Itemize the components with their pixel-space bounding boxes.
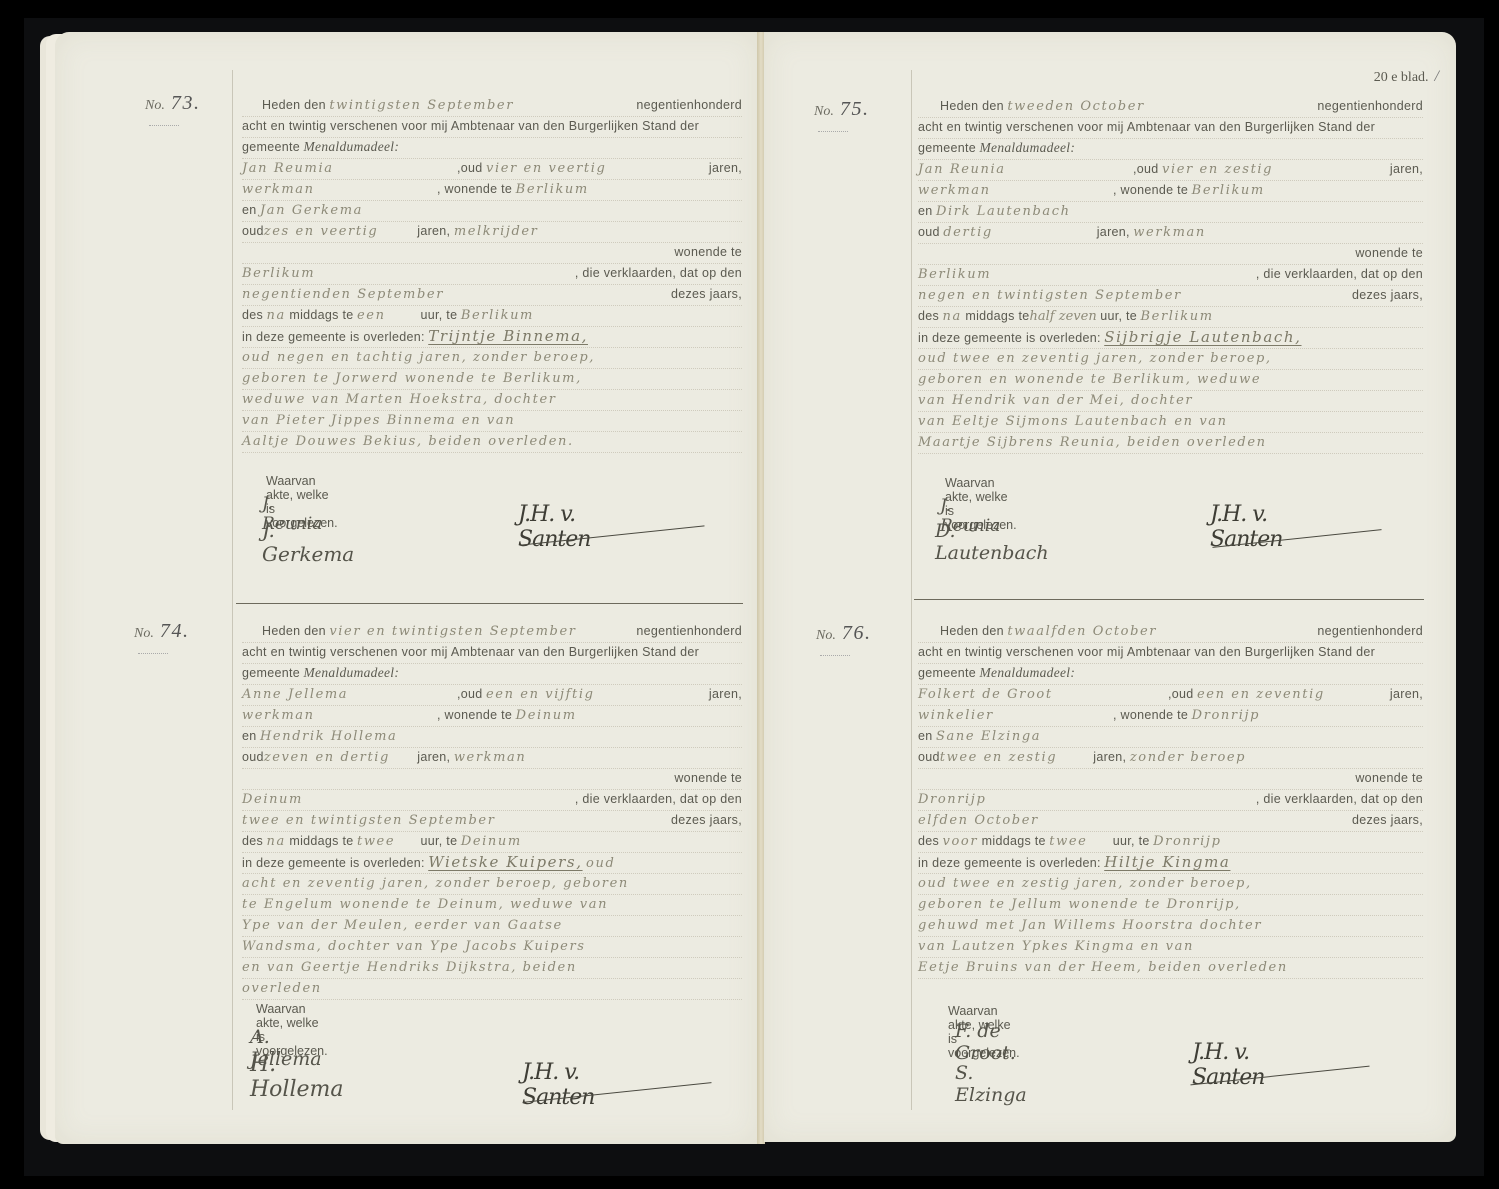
folio-mark: /	[1435, 68, 1439, 85]
municipality: Menaldumadeel:	[303, 139, 399, 154]
line-witness2: en Dirk Lautenbach	[918, 201, 1423, 223]
detail-text: van Hendrik van der Mei, dochter	[918, 393, 1193, 408]
witness1-name: Jan Reumia	[242, 159, 457, 179]
label: , die verklaarden, dat op den	[1256, 264, 1423, 284]
witness2-name: Hendrik Hollema	[260, 729, 397, 744]
line-gemeente: gemeente Menaldumadeel:	[918, 663, 1423, 685]
death-date: negentienden September	[242, 287, 444, 302]
witness2-occupation: werkman	[454, 750, 527, 765]
detail-text: geboren te Jorwerd wonende te Berlikum,	[242, 371, 582, 386]
label: ,oud	[1168, 687, 1194, 701]
witness2-name: Sane Elzinga	[936, 729, 1041, 744]
detail-text: Ype van der Meulen, eerder van Gaatse	[242, 918, 563, 933]
deceased-name: Sijbrigje Lautenbach,	[1104, 328, 1301, 346]
municipality: Menaldumadeel:	[979, 140, 1075, 155]
detail-line: Aaltje Douwes Bekius, beiden overleden.	[242, 431, 742, 453]
line-death-date: negen en twintigsten Septemberdezes jaar…	[918, 285, 1423, 307]
death-place: Dronrijp	[1153, 834, 1221, 849]
detail-text: acht en zeventig jaren, zonder beroep, g…	[242, 876, 629, 891]
line-gemeente: gemeente Menaldumadeel:	[242, 663, 742, 685]
line-witness1-occupation: winkelier, wonende te Dronrijp	[918, 705, 1423, 727]
label: uur, te	[1100, 309, 1137, 323]
line-wonende: wonende te	[918, 768, 1423, 790]
line-witness2: en Jan Gerkema	[242, 200, 742, 222]
line-witness2-age: oud dertig jaren, werkman	[918, 222, 1423, 244]
witness1-residence: Deinum	[516, 708, 577, 723]
line-witness1-occupation: werkman, wonende te Berlikum	[918, 180, 1423, 202]
detail-text: Wandsma, dochter van Ype Jacobs Kuipers	[242, 939, 586, 954]
no-label: No.	[145, 98, 165, 113]
label: jaren,	[1390, 684, 1423, 704]
record-date: twaalfden October	[1007, 624, 1157, 639]
municipality: Menaldumadeel:	[979, 665, 1075, 680]
label: Heden den	[940, 99, 1004, 113]
municipality: Menaldumadeel:	[303, 665, 399, 680]
label: , wonende te	[1113, 708, 1188, 722]
witness2-age: twee en zestig	[940, 748, 1090, 768]
entry-separator	[236, 603, 743, 604]
label: acht en twintig verschenen voor mij Ambt…	[242, 119, 699, 133]
label: oud	[918, 225, 940, 239]
death-hour: twee	[357, 832, 417, 852]
record-number-value: 74.	[160, 620, 190, 642]
detail-line: oud negen en tachtig jaren, zonder beroe…	[242, 347, 742, 369]
witness1-name: Anne Jellema	[242, 685, 457, 705]
label: en	[242, 729, 257, 743]
line-witness2-residence: Deinum, die verklaarden, dat op den	[242, 789, 742, 811]
detail-line: Maartje Sijbrens Reunia, beiden overlede…	[918, 432, 1423, 454]
line-deceased: in deze gemeente is overleden: Hiltje Ki…	[918, 852, 1423, 874]
witness-signature: F. de Groot.	[955, 1020, 1016, 1064]
detail-line: acht en zeventig jaren, zonder beroep, g…	[242, 873, 742, 895]
line-witness1: Folkert de Groot,oud een en zeventig jar…	[918, 684, 1423, 706]
line-witness2: en Hendrik Hollema	[242, 726, 742, 748]
detail-text: oud negen en tachtig jaren, zonder beroe…	[242, 350, 595, 365]
death-ampm: na	[943, 309, 962, 324]
deceased-name: Wietske Kuipers,	[428, 853, 582, 871]
line-death-time: des na middags te twee uur, te Deinum	[242, 831, 742, 853]
label: jaren,	[417, 750, 450, 764]
line-witness1: Anne Jellema,oud een en vijftig jaren,	[242, 684, 742, 706]
detail-line: gehuwd met Jan Willems Hoorstra dochter	[918, 915, 1423, 937]
line-intro: acht en twintig verschenen voor mij Ambt…	[242, 642, 742, 664]
detail-text: geboren en wonende te Berlikum, weduwe	[918, 372, 1261, 387]
witness1-occupation: werkman	[242, 706, 437, 726]
witness1-residence: Berlikum	[516, 182, 589, 197]
death-ampm: na	[267, 834, 286, 849]
label: wonende te	[674, 242, 742, 262]
witness-signature: S. Elzinga	[955, 1062, 1027, 1106]
margin-rule-right	[911, 70, 912, 1110]
registrar-signature: J.H. v. Santen	[522, 1060, 594, 1110]
death-date: negen en twintigsten September	[918, 288, 1182, 303]
entry-separator	[914, 599, 1424, 600]
label: negentienhonderd	[636, 95, 742, 115]
line-wonende: wonende te	[242, 242, 742, 264]
label: middags te	[965, 309, 1029, 323]
detail-text: Maartje Sijbrens Reunia, beiden overlede…	[918, 435, 1267, 450]
detail-line: geboren en wonende te Berlikum, weduwe	[918, 369, 1423, 391]
line-death-date: twee en twintigsten Septemberdezes jaars…	[242, 810, 742, 832]
label: dezes jaars,	[671, 284, 742, 304]
detail-text: oud twee en zeventig jaren, zonder beroe…	[918, 351, 1272, 366]
label: ,oud	[457, 687, 483, 701]
label: Heden den	[940, 624, 1004, 638]
detail-line: oud twee en zestig jaren, zonder beroep,	[918, 873, 1423, 895]
detail-text: van Pieter Jippes Binnema en van	[242, 413, 515, 428]
witness1-residence: Berlikum	[1192, 183, 1265, 198]
label: gemeente	[918, 141, 976, 155]
record-date: tweeden October	[1007, 99, 1144, 114]
line-witness1-occupation: werkman, wonende te Berlikum	[242, 179, 742, 201]
record-number-value: 73.	[171, 92, 201, 114]
detail-text: en van Geertje Hendriks Dijkstra, beiden	[242, 960, 577, 975]
line-wonende: wonende te	[242, 768, 742, 790]
witness-signature: J. Gerkema	[262, 518, 354, 566]
line-witness1: Jan Reumia,oud vier en veertig jaren,	[242, 158, 742, 180]
line-death-time: des na middags tehalf zeven uur, te Berl…	[918, 306, 1423, 328]
registrar-signature: J.H. v. Santen	[1210, 502, 1282, 552]
record-date: twintigsten September	[329, 98, 514, 113]
folio-number: 20 e blad./	[1374, 68, 1439, 86]
label: oud	[242, 224, 264, 238]
detail-line: en van Geertje Hendriks Dijkstra, beiden	[242, 957, 742, 979]
witness2-name: Dirk Lautenbach	[936, 204, 1071, 219]
death-hour: twee	[1049, 832, 1109, 852]
record-number-value: 76.	[842, 622, 872, 644]
detail-text: van Eeltje Sijmons Lautenbach en van	[918, 414, 1228, 429]
label: Heden den	[262, 624, 326, 638]
label: ,oud	[457, 161, 483, 175]
label: , die verklaarden, dat op den	[1256, 789, 1423, 809]
line-witness2-residence: Berlikum, die verklaarden, dat op den	[918, 264, 1423, 286]
line-deceased: in deze gemeente is overleden: Sijbrigje…	[918, 327, 1423, 349]
line-witness1: Jan Reunia,oud vier en zestig jaren,	[918, 159, 1423, 181]
label: , wonende te	[437, 182, 512, 196]
label: middags te	[982, 834, 1046, 848]
margin-rule-left	[232, 70, 233, 1110]
detail-text: oud twee en zestig jaren, zonder beroep,	[918, 876, 1252, 891]
label: gemeente	[242, 666, 300, 680]
witness1-age: vier en veertig	[486, 161, 606, 176]
line-witness2-age: oudtwee en zestig jaren, zonder beroep	[918, 747, 1423, 769]
line-date: Heden den tweeden October negentienhonde…	[918, 96, 1423, 118]
no-label: No.	[134, 626, 154, 641]
label: in deze gemeente is overleden:	[918, 856, 1101, 870]
label: jaren,	[417, 224, 450, 238]
detail-line: weduwe van Marten Hoekstra, dochter	[242, 389, 742, 411]
line-intro: acht en twintig verschenen voor mij Ambt…	[242, 116, 742, 138]
label: des	[242, 308, 263, 322]
label: jaren,	[1390, 159, 1423, 179]
line-death-time: des na middags te een uur, te Berlikum	[242, 305, 742, 327]
witness1-age: een en zeventig	[1197, 687, 1325, 702]
witness-signature: D. Lautenbach	[935, 520, 1049, 564]
label: in deze gemeente is overleden:	[242, 856, 425, 870]
witness2-occupation: zonder beroep	[1130, 750, 1246, 765]
label: acht en twintig verschenen voor mij Ambt…	[242, 645, 699, 659]
death-hour: een	[357, 306, 417, 326]
label: wonende te	[1355, 768, 1423, 788]
witness1-age: een en vijftig	[486, 687, 595, 702]
death-date: twee en twintigsten September	[242, 813, 496, 828]
label: in deze gemeente is overleden:	[242, 330, 425, 344]
detail-text: gehuwd met Jan Willems Hoorstra dochter	[918, 918, 1262, 933]
label: dezes jaars,	[1352, 285, 1423, 305]
detail-line: van Lautzen Ypkes Kingma en van	[918, 936, 1423, 958]
label: negentienhonderd	[1317, 621, 1423, 641]
line-witness2-residence: Berlikum, die verklaarden, dat op den	[242, 263, 742, 285]
line-gemeente: gemeente Menaldumadeel:	[242, 137, 742, 159]
label: middags te	[289, 308, 353, 322]
record-date: vier en twintigsten September	[329, 624, 576, 639]
detail-line: Ype van der Meulen, eerder van Gaatse	[242, 915, 742, 937]
label: ,oud	[1133, 162, 1159, 176]
label: jaren,	[1097, 225, 1130, 239]
witness1-occupation: winkelier	[918, 706, 1113, 726]
detail-text: van Lautzen Ypkes Kingma en van	[918, 939, 1194, 954]
label: jaren,	[709, 158, 742, 178]
line-witness1-occupation: werkman, wonende te Deinum	[242, 705, 742, 727]
folio-label: 20 e blad.	[1374, 70, 1429, 85]
label: , die verklaarden, dat op den	[575, 789, 742, 809]
witness2-residence: Dronrijp	[918, 790, 1218, 810]
label: des	[242, 834, 263, 848]
scan-frame: 20 e blad./ No.73. Heden den twintigsten…	[0, 0, 1499, 1189]
line-death-time: des voor middags te twee uur, te Dronrij…	[918, 831, 1423, 853]
line-date: Heden den twintigsten September negentie…	[242, 95, 742, 117]
witness2-residence: Berlikum	[918, 265, 1218, 285]
witness1-age: vier en zestig	[1162, 162, 1273, 177]
no-label: No.	[816, 628, 836, 643]
detail-text: overleden	[242, 981, 322, 996]
line-witness2: en Sane Elzinga	[918, 726, 1423, 748]
detail-text: te Engelum wonende te Deinum, weduwe van	[242, 897, 608, 912]
line-death-date: negentienden Septemberdezes jaars,	[242, 284, 742, 306]
label: gemeente	[918, 666, 976, 680]
label: oud	[918, 750, 940, 764]
detail-line: overleden	[242, 978, 742, 1000]
label: wonende te	[674, 768, 742, 788]
record-number-value: 75.	[840, 98, 870, 120]
label: uur, te	[420, 834, 457, 848]
label: en	[918, 204, 933, 218]
detail-line: van Hendrik van der Mei, dochter	[918, 390, 1423, 412]
death-ampm: voor	[943, 834, 979, 849]
line-witness2-age: oudzeven en dertig jaren, werkman	[242, 747, 742, 769]
label: acht en twintig verschenen voor mij Ambt…	[918, 645, 1375, 659]
label: gemeente	[242, 140, 300, 154]
witness2-name: Jan Gerkema	[260, 203, 363, 218]
witness2-residence: Berlikum	[242, 264, 542, 284]
line-date: Heden den vier en twintigsten September …	[242, 621, 742, 643]
line-witness2-residence: Dronrijp, die verklaarden, dat op den	[918, 789, 1423, 811]
label: oud	[242, 750, 264, 764]
line-deceased: in deze gemeente is overleden: Wietske K…	[242, 852, 742, 874]
witness2-age: zes en veertig	[264, 222, 414, 242]
no-label: No.	[814, 104, 834, 119]
label: jaren,	[709, 684, 742, 704]
witness2-occupation: melkrijder	[454, 224, 539, 239]
detail-line: van Eeltje Sijmons Lautenbach en van	[918, 411, 1423, 433]
label: in deze gemeente is overleden:	[918, 331, 1101, 345]
detail-line: te Engelum wonende te Deinum, weduwe van	[242, 894, 742, 916]
detail-text: geboren te Jellum wonende te Dronrijp,	[918, 897, 1241, 912]
line-deceased: in deze gemeente is overleden: Trijntje …	[242, 326, 742, 348]
witness1-occupation: werkman	[918, 181, 1113, 201]
label: middags te	[289, 834, 353, 848]
record-number: No.76.	[816, 622, 872, 661]
witness2-age: zeven en dertig	[264, 748, 414, 768]
label: en	[918, 729, 933, 743]
label: en	[242, 203, 257, 217]
detail-text: Eetje Bruins van der Heem, beiden overle…	[918, 960, 1288, 975]
witness2-age: dertig	[943, 223, 1093, 243]
detail-text: Aaltje Douwes Bekius, beiden overleden.	[242, 434, 574, 449]
record-number: No.74.	[134, 620, 190, 659]
witness1-occupation: werkman	[242, 180, 437, 200]
witness1-residence: Dronrijp	[1192, 708, 1260, 723]
detail-line: geboren te Jorwerd wonende te Berlikum,	[242, 368, 742, 390]
death-place: Berlikum	[1141, 309, 1214, 324]
detail-line: geboren te Jellum wonende te Dronrijp,	[918, 894, 1423, 916]
death-ampm: na	[267, 308, 286, 323]
line-death-date: elfden Octoberdezes jaars,	[918, 810, 1423, 832]
label: , wonende te	[1113, 183, 1188, 197]
death-date: elfden October	[918, 813, 1039, 828]
label: jaren,	[1093, 750, 1126, 764]
label: dezes jaars,	[671, 810, 742, 830]
deceased-name: Trijntje Binnema,	[428, 327, 588, 345]
label: acht en twintig verschenen voor mij Ambt…	[918, 120, 1375, 134]
death-place: Berlikum	[461, 308, 534, 323]
record-number: No.75.	[814, 98, 870, 137]
label: uur, te	[420, 308, 457, 322]
witness2-residence: Deinum	[242, 790, 542, 810]
detail-line: oud twee en zeventig jaren, zonder beroe…	[918, 348, 1423, 370]
label: des	[918, 309, 939, 323]
witness1-name: Jan Reunia	[918, 160, 1133, 180]
line-wonende: wonende te	[918, 243, 1423, 265]
label: dezes jaars,	[1352, 810, 1423, 830]
witness2-occupation: werkman	[1133, 225, 1206, 240]
death-hour: half zeven	[1030, 309, 1097, 324]
line-intro: acht en twintig verschenen voor mij Ambt…	[918, 642, 1423, 664]
line-date: Heden den twaalfden October negentienhon…	[918, 621, 1423, 643]
label: negentienhonderd	[1317, 96, 1423, 116]
label: , wonende te	[437, 708, 512, 722]
label: Heden den	[262, 98, 326, 112]
line-gemeente: gemeente Menaldumadeel:	[918, 138, 1423, 160]
label: negentienhonderd	[636, 621, 742, 641]
line-witness2-age: oudzes en veertig jaren, melkrijder	[242, 221, 742, 243]
witness-signature: H. Hollema	[250, 1052, 344, 1102]
witness1-name: Folkert de Groot	[918, 685, 1168, 705]
label: uur, te	[1113, 834, 1150, 848]
label: des	[918, 834, 939, 848]
label: wonende te	[1355, 243, 1423, 263]
detail-text: weduwe van Marten Hoekstra, dochter	[242, 392, 557, 407]
deceased-suffix: oud	[586, 856, 615, 871]
line-intro: acht en twintig verschenen voor mij Ambt…	[918, 117, 1423, 139]
detail-line: Wandsma, dochter van Ype Jacobs Kuipers	[242, 936, 742, 958]
detail-line: Eetje Bruins van der Heem, beiden overle…	[918, 957, 1423, 979]
death-place: Deinum	[461, 834, 522, 849]
detail-line: van Pieter Jippes Binnema en van	[242, 410, 742, 432]
record-number: No.73.	[145, 92, 201, 131]
deceased-name: Hiltje Kingma	[1104, 853, 1230, 871]
label: , die verklaarden, dat op den	[575, 263, 742, 283]
